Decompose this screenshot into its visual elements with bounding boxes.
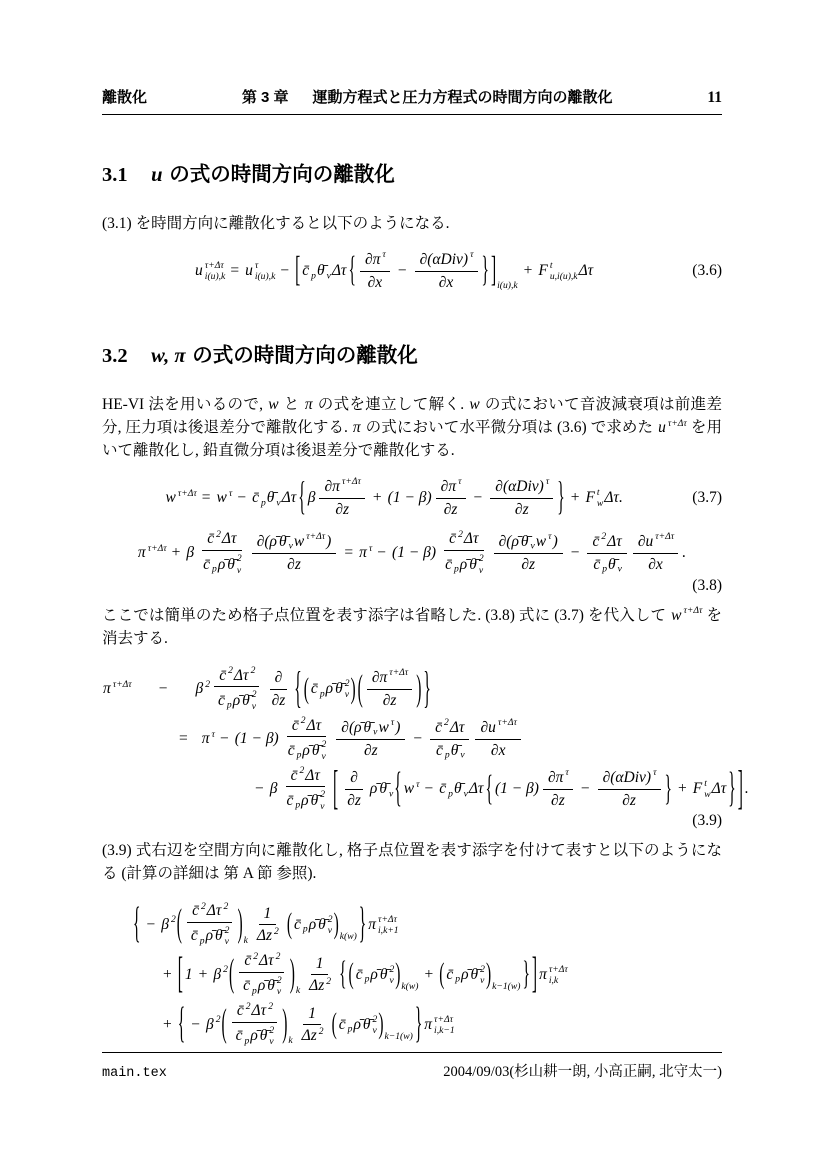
- paragraph-intro-3-1: (3.1) を時間方向に離散化すると以下のようになる.: [102, 213, 722, 236]
- footer-filename: main.tex: [102, 1066, 443, 1081]
- header-chapter-title: 運動方程式と圧力方程式の時間方向の離散化: [313, 89, 613, 106]
- equation-3-9-line-2: =πτ−(1 − β)c̄2Δτc̄pρ̄θ̄2v∂(ρ̄θ̄vwτ)∂z−c̄…: [102, 714, 722, 764]
- footer-date-authors: 2004/09/03(杉山耕一朗, 小高正嗣, 北守太一): [443, 1060, 722, 1081]
- header-section-label: 離散化: [102, 86, 147, 107]
- equation-3-7-math: wτ+Δτ=wτ−c̄pθ̄vΔτ{β∂πτ+Δτ∂z+(1 − β)∂πτ∂z…: [102, 477, 686, 520]
- header-chapter-number: 第 3 章: [242, 89, 289, 106]
- section-heading-3-1: 3.1u の式の時間方向の離散化: [102, 157, 722, 187]
- section-3-2-title: w, π の式の時間方向の離散化: [150, 344, 418, 367]
- equation-3-9: πτ+Δτ−β2c̄2Δτ2c̄pρ̄θ̄2v∂∂z{(c̄pρ̄θ̄2v)(∂…: [102, 664, 722, 830]
- equation-3-9-line-3: −βc̄2Δτc̄pρ̄θ̄2v[∂∂zρ̄θ̄v{wτ−c̄pθ̄vΔτ{(1…: [102, 764, 722, 814]
- section-3-1-number: 3.1: [102, 164, 128, 186]
- document-page: 離散化 第 3 章運動方程式と圧力方程式の時間方向の離散化 11 3.1u の式…: [0, 0, 826, 1169]
- equation-3-6-math: uτ+Δτi(u),k=uτi(u),k−[c̄pθ̄vΔτ{∂πτ∂x−∂(α…: [102, 250, 686, 293]
- running-header: 離散化 第 3 章運動方程式と圧力方程式の時間方向の離散化 11: [102, 86, 722, 115]
- section-3-2-number: 3.2: [102, 345, 128, 367]
- paragraph-spatial-discretization: (3.9) 式右辺を空間方向に離散化し, 格子点位置を表す添字を付けて表すと以下…: [102, 840, 722, 886]
- equation-final-line-1: {−β2(c̄2Δτ2c̄pρ̄θ̄2v)k1Δz2(c̄pρ̄θ̄2v)k(w…: [102, 900, 722, 950]
- equation-3-7: wτ+Δτ=wτ−c̄pθ̄vΔτ{β∂πτ+Δτ∂z+(1 − β)∂πτ∂z…: [102, 477, 722, 520]
- paragraph-subscript-note: ここでは簡単のため格子点位置を表す添字は省略した. (3.8) 式に (3.7)…: [102, 605, 722, 651]
- page-footer: main.tex 2004/09/03(杉山耕一朗, 小高正嗣, 北守太一): [102, 1052, 722, 1081]
- section-heading-3-2: 3.2w, π の式の時間方向の離散化: [102, 338, 722, 368]
- equation-3-8-number: (3.8): [102, 577, 722, 595]
- page-number: 11: [707, 89, 722, 107]
- equation-3-6-number: (3.6): [692, 262, 722, 280]
- header-chapter: 第 3 章運動方程式と圧力方程式の時間方向の離散化: [147, 86, 707, 107]
- equation-3-8-math: πτ+Δτ+βc̄2Δτc̄pρ̄θ̄2v∂(ρ̄θ̄vwτ+Δτ)∂z=πτ−…: [102, 529, 722, 576]
- section-3-1-title: u の式の時間方向の離散化: [150, 163, 395, 186]
- equation-final-line-2: +[1+β2(c̄2Δτ2c̄pρ̄θ̄2v)k1Δz2{(c̄pρ̄θ̄2v)…: [102, 950, 722, 1000]
- equation-3-6: uτ+Δτi(u),k=uτi(u),k−[c̄pθ̄vΔτ{∂πτ∂x−∂(α…: [102, 250, 722, 293]
- equation-final-line-3: +{−β2(c̄2Δτ2c̄pρ̄θ̄2v)k1Δz2(c̄pρ̄θ̄2v)k−…: [102, 1000, 722, 1050]
- paragraph-he-vi: HE-VI 法を用いるので, w と π の式を連立して解く. w の式において…: [102, 394, 722, 462]
- equation-3-9-line-1: πτ+Δτ−β2c̄2Δτ2c̄pρ̄θ̄2v∂∂z{(c̄pρ̄θ̄2v)(∂…: [102, 664, 722, 714]
- equation-3-7-number: (3.7): [692, 489, 722, 507]
- equation-3-8: πτ+Δτ+βc̄2Δτc̄pρ̄θ̄2v∂(ρ̄θ̄vwτ+Δτ)∂z=πτ−…: [102, 529, 722, 576]
- equation-3-9-number: (3.9): [102, 812, 722, 830]
- equation-final-block: {−β2(c̄2Δτ2c̄pρ̄θ̄2v)k1Δz2(c̄pρ̄θ̄2v)k(w…: [102, 900, 722, 1050]
